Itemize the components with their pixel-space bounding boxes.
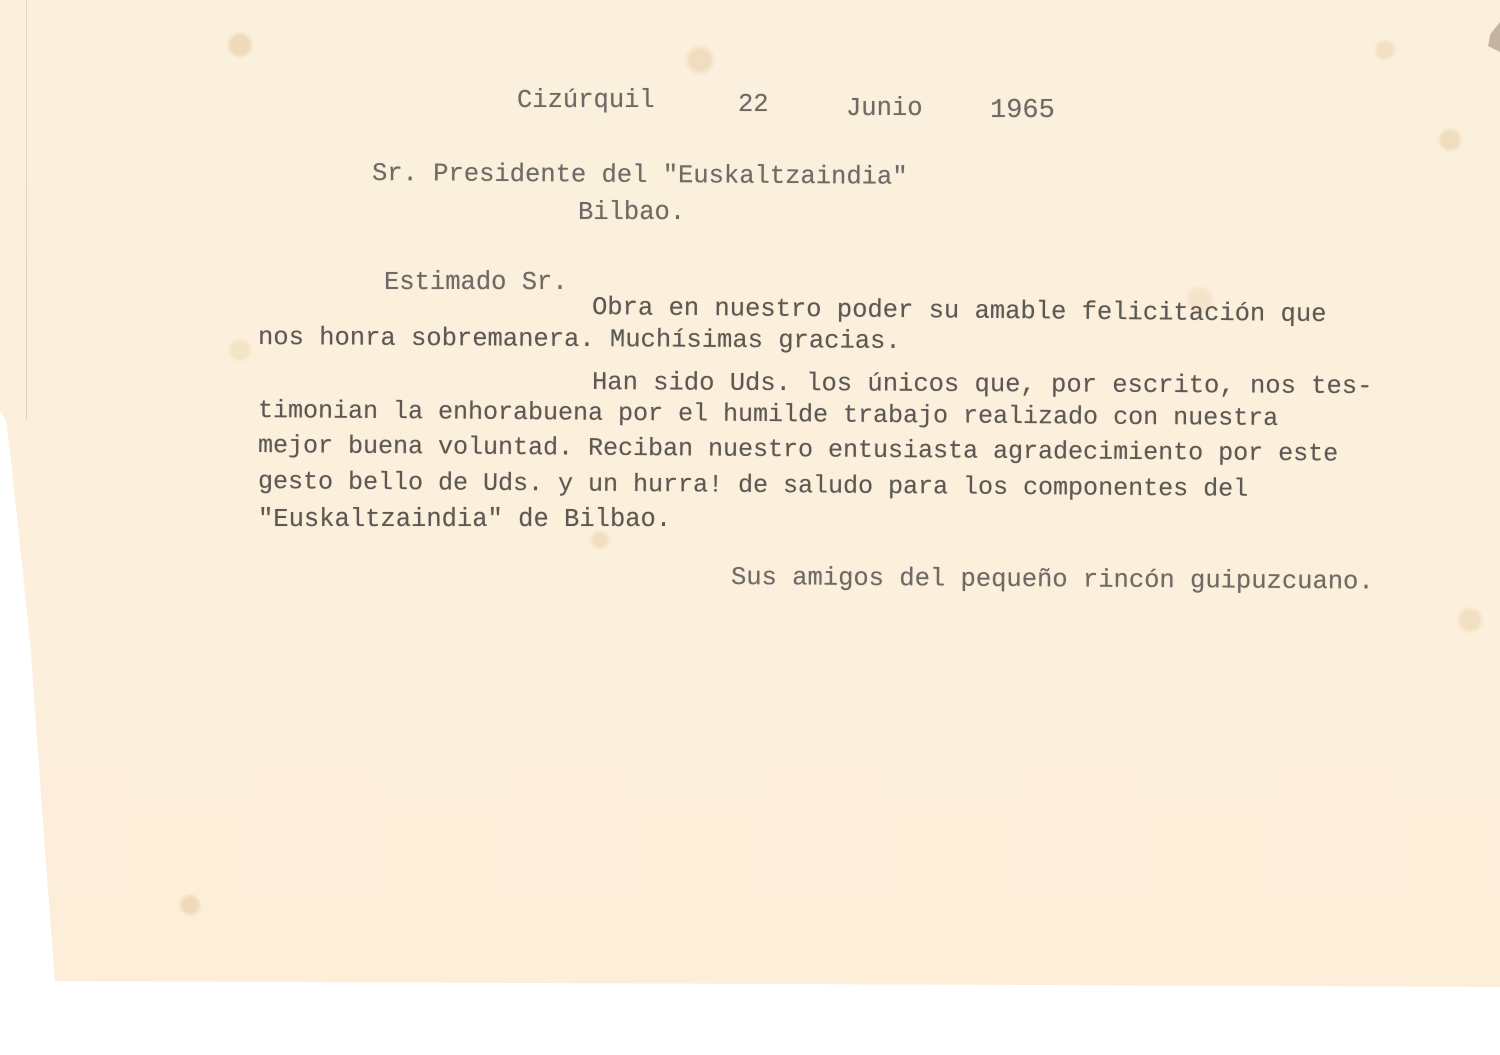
paper-fold-line: [26, 0, 27, 420]
body-line: "Euskaltzaindia" de Bilbao.: [258, 505, 671, 535]
date-month: Junio: [846, 94, 923, 124]
date-year: 1965: [990, 96, 1055, 126]
place-name: Cizúrquil: [517, 86, 655, 116]
date-day: 22: [738, 90, 769, 120]
recipient-city: Bilbao.: [578, 198, 685, 228]
body-line: nos honra sobremanera. Muchísimas gracia…: [258, 323, 901, 357]
body-line: Han sido Uds. los únicos que, por escrit…: [592, 368, 1373, 402]
salutation: Estimado Sr.: [384, 268, 568, 298]
recipient-title: Sr. Presidente del "Euskaltzaindia": [372, 159, 908, 193]
closing-signature: Sus amigos del pequeño rincón guipuzcuan…: [731, 563, 1374, 597]
scanned-letter: Cizúrquil 22 Junio 1965 Sr. Presidente d…: [0, 0, 1500, 1055]
